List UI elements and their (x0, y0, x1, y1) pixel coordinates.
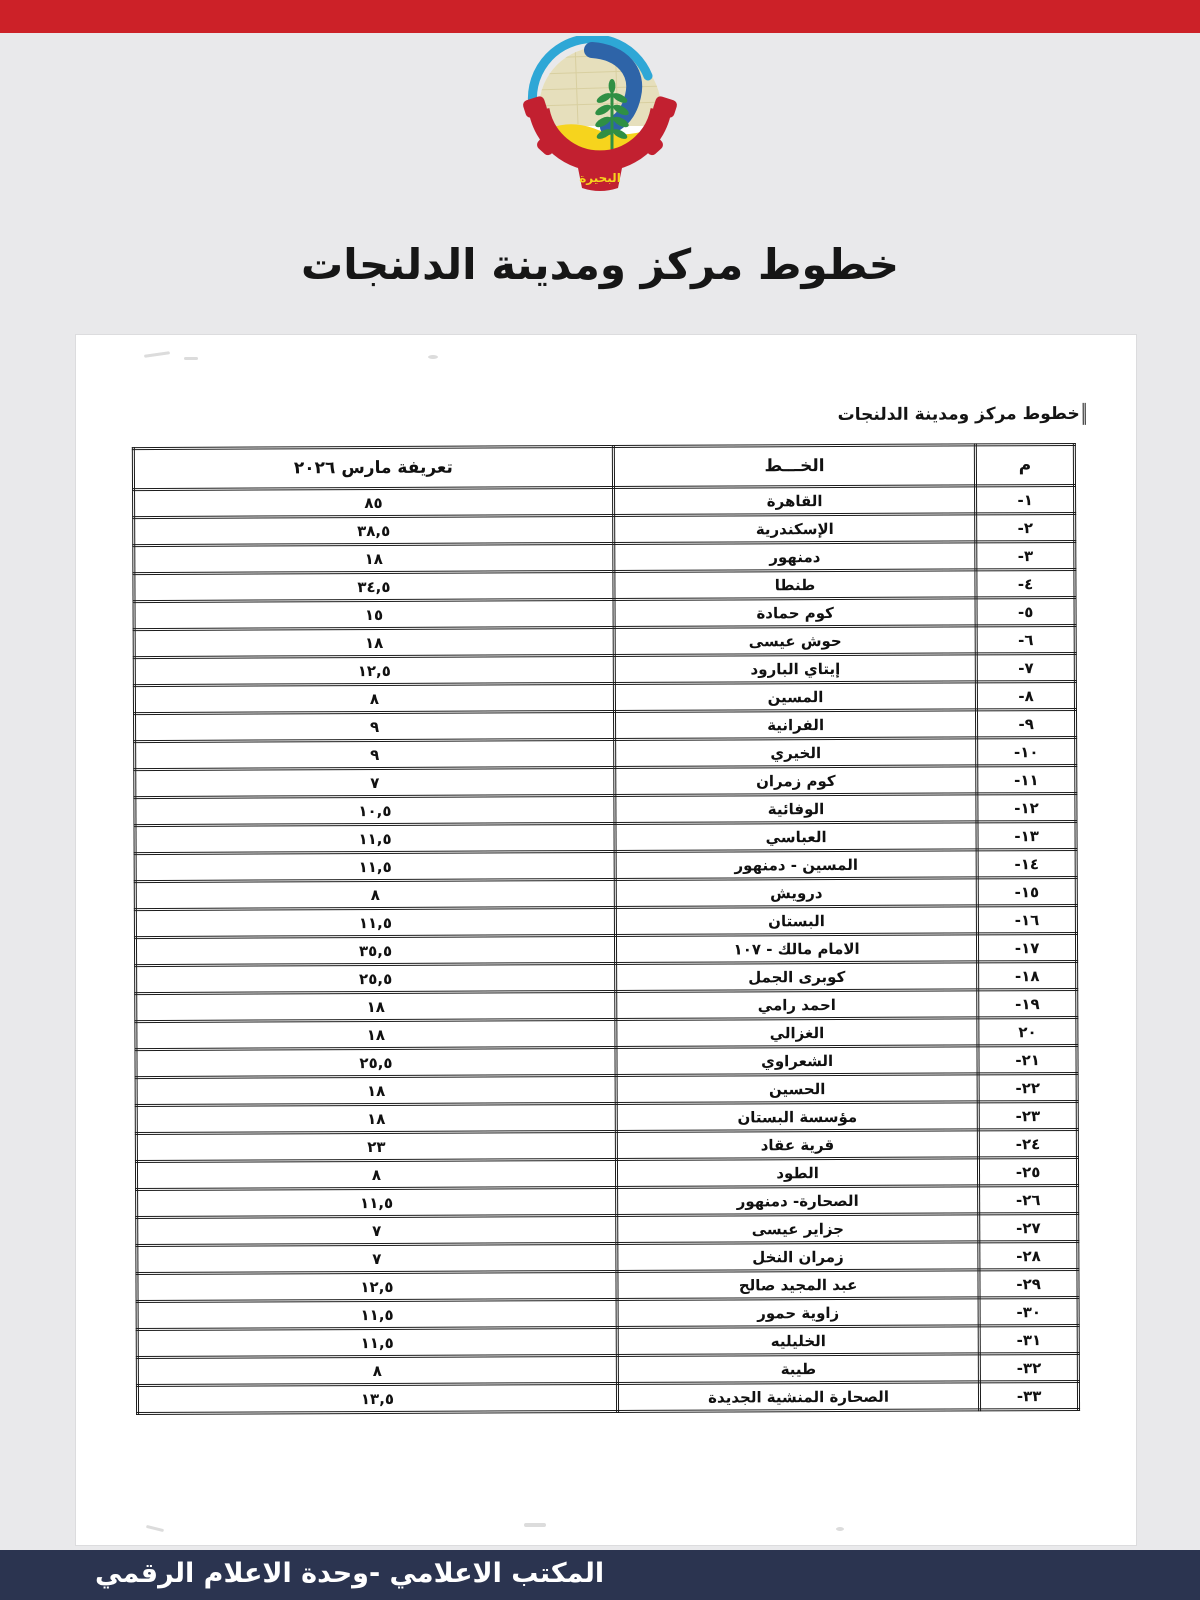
cell-line: الامام مالك - ١٠٧ (615, 934, 977, 964)
cell-tariff: ١١,٥ (137, 1327, 617, 1357)
table-row: ١٦-البستان١١,٥ (135, 905, 1076, 937)
footer-bar: المكتب الاعلامي -وحدة الاعلام الرقمي (0, 1550, 1200, 1600)
table-row: ٨-المسين٨ (134, 681, 1075, 713)
cell-tariff: ٨ (137, 1355, 617, 1385)
cell-num: ٣١- (979, 1325, 1078, 1353)
cell-num: ٦- (976, 625, 1075, 653)
cell-num: ٢٥- (979, 1157, 1078, 1185)
cell-tariff: ١٠,٥ (135, 795, 615, 825)
cell-num: ٣- (976, 541, 1075, 569)
table-row: ٢٣-مؤسسة البستان١٨ (136, 1101, 1077, 1133)
cell-line: طيبة (617, 1354, 979, 1384)
cell-num: ٣٣- (980, 1381, 1079, 1409)
cell-tariff: ١١,٥ (137, 1187, 617, 1217)
cell-num: ٤- (976, 569, 1075, 597)
header-cell-tariff: تعريفة مارس ٢٠٢٦ (133, 446, 613, 489)
cell-line: إيتاي البارود (614, 654, 976, 684)
table-row: ١٩-احمد رامي١٨ (136, 989, 1077, 1021)
table-row: ١٧-الامام مالك - ١٠٧٣٥,٥ (135, 933, 1076, 965)
beheira-logo: البحيرة (520, 36, 680, 194)
cell-line: المسين (614, 682, 976, 712)
cell-line: المسين - دمنهور (615, 850, 977, 880)
cell-num: ١٩- (978, 989, 1077, 1017)
cell-num: ٢٨- (979, 1241, 1078, 1269)
cell-tariff: ٢٥,٥ (136, 963, 616, 993)
cell-tariff: ٧ (137, 1243, 617, 1273)
cell-num: ٥- (976, 597, 1075, 625)
cell-line: الحسين (616, 1074, 978, 1104)
table-row: ٢٨-زمران النخل٧ (137, 1241, 1078, 1273)
table-row: ٢٠الغزالي١٨ (136, 1017, 1077, 1049)
table-row: ٣٣-الصحارة المنشية الجديدة١٣,٥ (137, 1381, 1078, 1413)
table-row: ٢٤-قرية عقاد٢٣ (136, 1129, 1077, 1161)
beheira-logo-icon: البحيرة (520, 36, 680, 194)
cell-tariff: ٢٥,٥ (136, 1047, 616, 1077)
table-row: ١٣-العباسي١١,٥ (135, 821, 1076, 853)
cell-num: ٢٦- (979, 1185, 1078, 1213)
table-row: ٣-دمنهور١٨ (134, 541, 1075, 573)
footer-text: المكتب الاعلامي -وحدة الاعلام الرقمي (95, 1550, 604, 1600)
table-row: ٢٧-جزاير عيسى٧ (137, 1213, 1078, 1245)
table-row: ١٥-درويش٨ (135, 877, 1076, 909)
cell-num: ١٠- (977, 737, 1076, 765)
cell-tariff: ١٢,٥ (134, 655, 614, 685)
cell-line: طنطا (614, 570, 976, 600)
page-title: خطوط مركز ومدينة الدلنجات (0, 240, 1200, 289)
cell-num: ٧- (976, 653, 1075, 681)
cell-line: مؤسسة البستان (616, 1102, 978, 1132)
cell-tariff: ٣٤,٥ (134, 571, 614, 601)
cell-line: الصحارة المنشية الجديدة (617, 1382, 979, 1412)
cell-line: الغزالي (616, 1018, 978, 1048)
cell-tariff: ٨٥ (134, 487, 614, 517)
tariff-table: م الخـــط تعريفة مارس ٢٠٢٦ ١-القاهرة٨٥٢-… (132, 443, 1080, 1415)
header-row: م الخـــط تعريفة مارس ٢٠٢٦ (133, 444, 1074, 489)
cell-num: ١٨- (978, 961, 1077, 989)
cell-line: الخليليه (617, 1326, 979, 1356)
cell-num: ٢٩- (979, 1269, 1078, 1297)
table-row: ٢-الإسكندرية٣٨,٥ (134, 513, 1075, 545)
cell-line: كوم حمادة (614, 598, 976, 628)
cell-num: ١١- (977, 765, 1076, 793)
cell-line: كوبرى الجمل (616, 962, 978, 992)
table-row: ٣١-الخليليه١١,٥ (137, 1325, 1078, 1357)
cell-num: ٢٤- (979, 1129, 1078, 1157)
cell-line: دمنهور (614, 542, 976, 572)
table-row: ١١-كوم زمران٧ (135, 765, 1076, 797)
cell-num: ٩- (977, 709, 1076, 737)
cell-tariff: ١٨ (136, 991, 616, 1021)
cell-tariff: ١٨ (136, 1019, 616, 1049)
cell-tariff: ٩ (135, 711, 615, 741)
table-row: ٢٢-الحسين١٨ (136, 1073, 1077, 1105)
table-row: ٦-حوش عيسى١٨ (134, 625, 1075, 657)
cell-num: ١- (976, 485, 1075, 513)
cell-num: ١٣- (977, 821, 1076, 849)
cell-line: احمد رامي (616, 990, 978, 1020)
cell-line: عبد المجيد صالح (617, 1270, 979, 1300)
cell-tariff: ١٣,٥ (137, 1383, 617, 1413)
cell-line: زاوية حمور (617, 1298, 979, 1328)
cell-line: الطود (616, 1158, 978, 1188)
cell-tariff: ١٨ (134, 627, 614, 657)
header-cell-num: م (976, 444, 1075, 485)
cell-tariff: ٣٨,٥ (134, 515, 614, 545)
cell-line: العباسي (615, 822, 977, 852)
table-row: ٥-كوم حمادة١٥ (134, 597, 1075, 629)
cell-line: درويش (615, 878, 977, 908)
cell-line: زمران النخل (617, 1242, 979, 1272)
table-row: ١٠-الخيري٩ (135, 737, 1076, 769)
cell-line: الخيري (615, 738, 977, 768)
top-red-bar (0, 0, 1200, 33)
cell-line: البستان (615, 906, 977, 936)
table-row: ١٤-المسين - دمنهور١١,٥ (135, 849, 1076, 881)
cell-num: ٢٢- (978, 1073, 1077, 1101)
cell-line: كوم زمران (615, 766, 977, 796)
cell-tariff: ٣٥,٥ (135, 935, 615, 965)
header-cell-line: الخـــط (613, 445, 975, 488)
cell-tariff: ١٨ (136, 1075, 616, 1105)
cell-tariff: ٧ (137, 1215, 617, 1245)
cell-tariff: ١١,٥ (137, 1299, 617, 1329)
cell-num: ٢٣- (978, 1101, 1077, 1129)
table-row: ١٢-الوفائية١٠,٥ (135, 793, 1076, 825)
cell-line: الشعراوي (616, 1046, 978, 1076)
cell-num: ٣٢- (980, 1353, 1079, 1381)
cell-tariff: ١٨ (134, 543, 614, 573)
table-row: ٧-إيتاي البارود١٢,٥ (134, 653, 1075, 685)
cell-tariff: ٨ (136, 1159, 616, 1189)
cell-tariff: ١١,٥ (135, 851, 615, 881)
cell-line: الفرانية (614, 710, 976, 740)
cell-num: ١٢- (977, 793, 1076, 821)
cell-tariff: ٢٣ (136, 1131, 616, 1161)
cell-tariff: ٧ (135, 767, 615, 797)
tariff-table-head: م الخـــط تعريفة مارس ٢٠٢٦ (133, 444, 1074, 489)
cell-num: ٨- (977, 681, 1076, 709)
table-row: ١-القاهرة٨٥ (134, 485, 1075, 517)
document-page: خطوط مركز ومدينة الدلنجات م الخـــط تعري… (75, 334, 1137, 1546)
cell-tariff: ٨ (134, 683, 614, 713)
table-row: ٢١-الشعراوي٢٥,٥ (136, 1045, 1077, 1077)
cell-num: ٢- (976, 513, 1075, 541)
cell-line: قرية عقاد (616, 1130, 978, 1160)
table-row: ٩-الفرانية٩ (135, 709, 1076, 741)
cell-num: ١٧- (978, 933, 1077, 961)
table-row: ٣٠-زاوية حمور١١,٥ (137, 1297, 1078, 1329)
cell-tariff: ١١,٥ (135, 823, 615, 853)
cell-line: جزاير عيسى (617, 1214, 979, 1244)
cell-tariff: ٨ (135, 879, 615, 909)
cell-num: ١٤- (977, 849, 1076, 877)
cell-num: ٢٠ (978, 1017, 1077, 1045)
scanned-table-area: خطوط مركز ومدينة الدلنجات م الخـــط تعري… (73, 333, 1140, 1550)
cell-num: ١٥- (977, 877, 1076, 905)
cell-tariff: ١٨ (136, 1103, 616, 1133)
tariff-table-body: ١-القاهرة٨٥٢-الإسكندرية٣٨,٥٣-دمنهور١٨٤-ط… (134, 485, 1079, 1413)
cell-num: ٢٧- (979, 1213, 1078, 1241)
cell-line: حوش عيسى (614, 626, 976, 656)
cell-line: الصحارة- دمنهور (616, 1186, 978, 1216)
table-row: ٢٦-الصحارة- دمنهور١١,٥ (137, 1185, 1078, 1217)
table-row: ١٨-كوبرى الجمل٢٥,٥ (136, 961, 1077, 993)
cell-num: ٣٠- (979, 1297, 1078, 1325)
logo-label: البحيرة (579, 171, 621, 185)
cell-tariff: ١٢,٥ (137, 1271, 617, 1301)
cell-tariff: ١٥ (134, 599, 614, 629)
table-caption: خطوط مركز ومدينة الدلنجات (838, 403, 1086, 426)
cell-line: الإسكندرية (614, 514, 976, 544)
table-row: ٤-طنطا٣٤,٥ (134, 569, 1075, 601)
table-row: ٢٥-الطود٨ (136, 1157, 1077, 1189)
table-row: ٢٩-عبد المجيد صالح١٢,٥ (137, 1269, 1078, 1301)
cell-num: ٢١- (978, 1045, 1077, 1073)
cell-tariff: ٩ (135, 739, 615, 769)
cell-line: القاهرة (613, 486, 975, 516)
cell-num: ١٦- (978, 905, 1077, 933)
table-row: ٣٢-طيبة٨ (137, 1353, 1078, 1385)
cell-tariff: ١١,٥ (135, 907, 615, 937)
cell-line: الوفائية (615, 794, 977, 824)
